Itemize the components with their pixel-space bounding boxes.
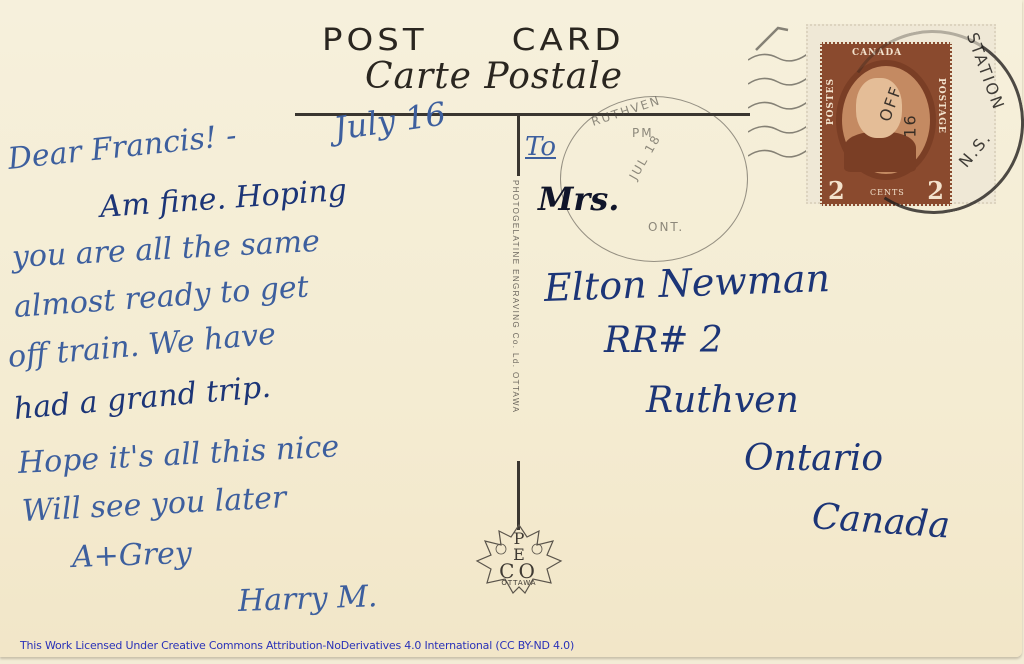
- address-line-province: Ontario: [744, 438, 883, 479]
- title-post: POST: [322, 22, 428, 58]
- peco-maple-leaf-logo: P E CO OTTAWA: [473, 523, 565, 597]
- message-line-6: had a grand trip.: [12, 370, 272, 427]
- postcard-back: POST CARD Carte Postale PHOTOGELATINE EN…: [0, 0, 1022, 657]
- address-line-country: Canada: [811, 496, 952, 547]
- message-line-5: off train. We have: [6, 317, 277, 375]
- address-to-label: To: [525, 132, 556, 162]
- printer-credit: PHOTOGELATINE ENGRAVING Co. Ld. OTTAWA: [511, 180, 520, 413]
- logo-city: OTTAWA: [473, 579, 565, 587]
- address-salutation: Mrs.: [538, 180, 619, 218]
- message-date: July 16: [331, 95, 448, 148]
- message-line-3: you are all the same: [11, 224, 321, 275]
- stamp-denomination-left: 2: [828, 176, 845, 205]
- message-line-8: Will see you later: [21, 480, 287, 529]
- postmark-province: ONT.: [648, 220, 684, 234]
- address-line-rr: RR# 2: [604, 320, 723, 361]
- license-notice: This Work Licensed Under Creative Common…: [20, 639, 574, 652]
- address-line-name: Elton Newman: [543, 256, 830, 310]
- title-card: CARD: [512, 22, 625, 58]
- postcard-title: POST CARD: [322, 22, 625, 58]
- postcard-subtitle: Carte Postale: [365, 56, 623, 97]
- message-signature-2: Harry M.: [237, 579, 378, 619]
- message-signature-1: A+Grey: [71, 536, 192, 575]
- message-line-2: Am fine. Hoping: [99, 173, 348, 225]
- ruthven-postmark: [560, 96, 748, 262]
- message-line-1: Dear Francis! -: [6, 118, 238, 177]
- stamp-postes: POSTES: [826, 78, 836, 125]
- message-line-7: Hope it's all this nice: [17, 429, 340, 481]
- address-line-town: Ruthven: [646, 380, 799, 421]
- cancel-day: 16: [901, 113, 920, 137]
